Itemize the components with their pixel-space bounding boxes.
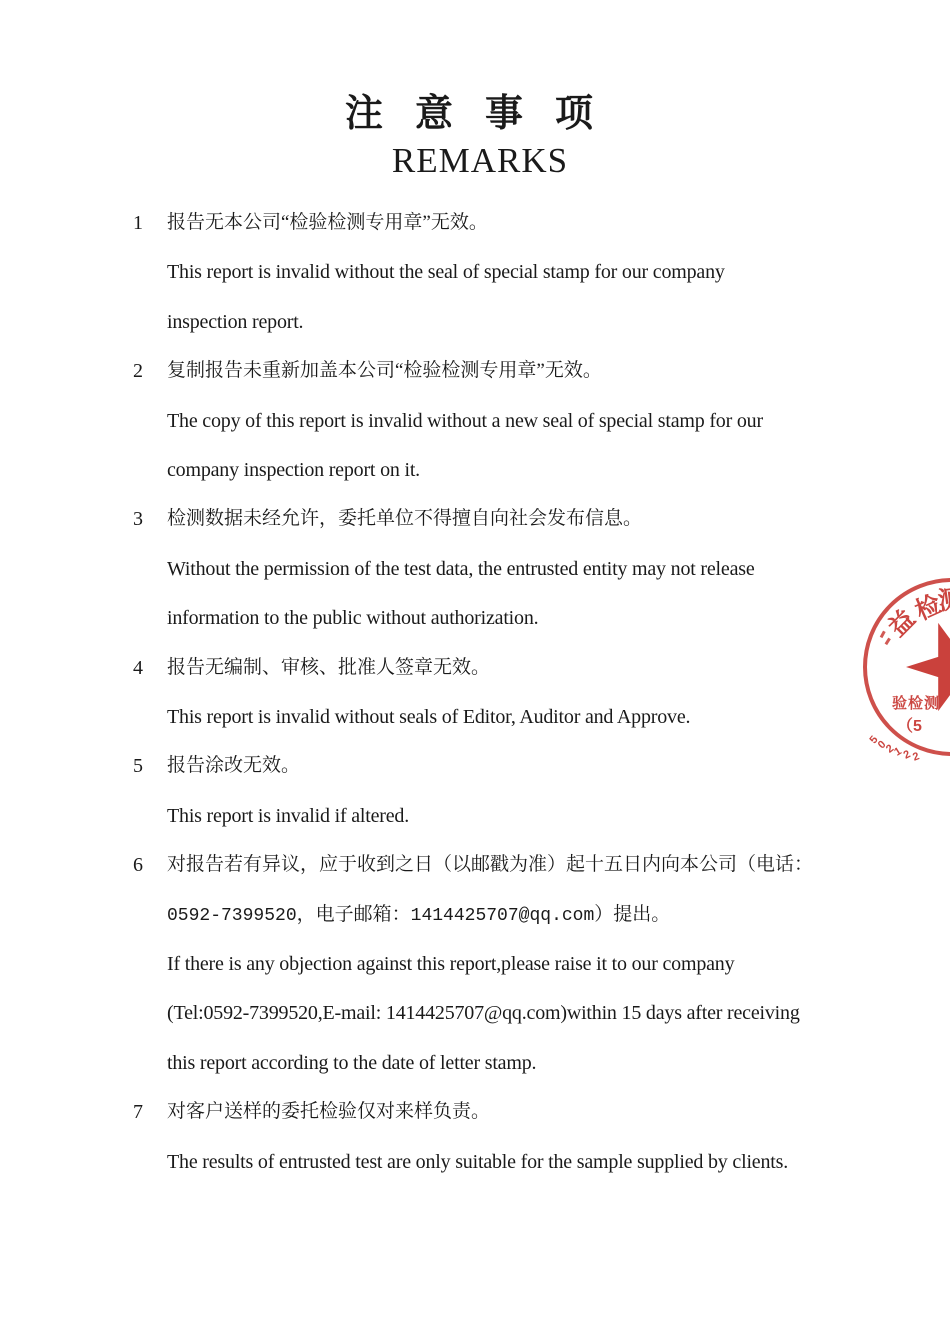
page-title-chinese: 注意事项 (345, 82, 625, 137)
remark-line: (Tel:0592-7399520,E-mail: 1414425707@qq.… (167, 1001, 800, 1025)
stamp-serial-digit: 1 (892, 745, 904, 758)
remark-contact-value: 0592-7399520 (167, 906, 297, 926)
remark-line: this report according to the date of let… (167, 1051, 536, 1075)
stamp-star-icon (906, 621, 950, 713)
remark-line: information to the public without author… (167, 606, 538, 630)
stamp-arc-fragment (880, 631, 885, 638)
remark-line: 报告无本公司“检验检测专用章”无效。1 (167, 211, 488, 235)
stamp-inner-line-text: 验检测 (892, 692, 940, 713)
stamp-arc-char: 测 (936, 578, 950, 617)
remark-item-number: 5 (133, 754, 143, 778)
remark-item-number: 6 (133, 853, 143, 877)
stamp-arc-char: 益 (879, 600, 922, 643)
remark-line: 复制报告未重新加盖本公司“检验检测专用章”无效。2 (167, 359, 602, 383)
remark-line: The copy of this report is invalid witho… (167, 409, 763, 433)
stamp-inner-paren-text: （5 (897, 713, 922, 736)
remark-item-number: 2 (133, 359, 143, 383)
stamp-serial-digit: 2 (902, 748, 913, 761)
remark-item-number: 7 (133, 1100, 143, 1124)
remark-line: The results of entrusted test are only s… (167, 1150, 788, 1174)
remark-line: This report is invalid if altered. (167, 804, 409, 828)
stamp-ring (863, 578, 950, 756)
stamp-serial-digit: 0 (876, 739, 889, 752)
remark-line: 对报告若有异议，应于收到之日（以邮戳为准）起十五日内向本公司（电话：6 (167, 853, 813, 877)
remark-line: If there is any objection against this r… (167, 952, 734, 976)
remark-line: 报告无编制、审核、批准人签章无效。4 (167, 656, 490, 680)
remark-line: 检测数据未经允许，委托单位不得擅自向社会发布信息。3 (167, 507, 642, 531)
remark-line: 报告涂改无效。5 (167, 754, 300, 778)
remark-line: inspection report. (167, 310, 303, 334)
remark-item-number: 3 (133, 507, 143, 531)
remarks-page: 注意事项 REMARKS 报告无本公司“检验检测专用章”无效。1This rep… (0, 0, 950, 1344)
remark-line: company inspection report on it. (167, 458, 420, 482)
remark-line: 对客户送样的委托检验仅对来样负责。7 (167, 1100, 490, 1124)
page-title-english: REMARKS (0, 141, 950, 181)
stamp-arc-char: 检 (909, 584, 946, 627)
remark-line: 0592-7399520，电子邮箱：1414425707@qq.com）提出。 (167, 903, 670, 928)
stamp-arc-fragment (885, 638, 891, 645)
remark-line: Without the permission of the test data,… (167, 557, 755, 581)
remark-line: This report is invalid without the seal … (167, 260, 725, 284)
stamp-serial-digit: 5 (867, 734, 880, 746)
remark-item-number: 4 (133, 656, 143, 680)
remark-line: This report is invalid without seals of … (167, 705, 690, 729)
stamp-serial-digit: 2 (884, 742, 896, 755)
remark-contact-value: 1414425707@qq.com (411, 906, 595, 926)
stamp-serial-digit: 2 (911, 750, 921, 763)
remark-item-number: 1 (133, 211, 143, 235)
